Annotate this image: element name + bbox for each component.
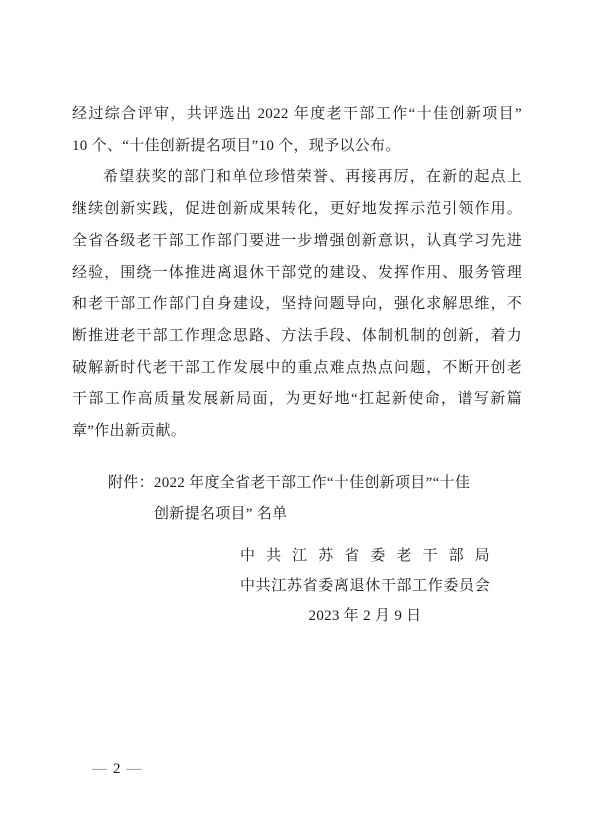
- body-line: 干部工作高质量发展新局面，为更好地“扛起新使命，谱写新篇: [72, 384, 522, 416]
- body-line: 经验，围绕一体推进离退休干部党的建设、发挥作用、服务管理: [72, 258, 522, 290]
- body-line: 断推进老干部工作理念思路、方法手段、体制机制的创新，着力: [72, 321, 522, 353]
- paragraph-2: 希望获奖的部门和单位珍惜荣誉、再接再厉，在新的起点上 继续创新实践，促进创新成果…: [72, 162, 522, 447]
- signature-block: 中共江苏省委老干部局 中共江苏省委离退休干部工作委员会 2023 年 2 月 9…: [240, 541, 490, 631]
- page-number-value: 2: [113, 761, 121, 777]
- attachment-line-1: 附件：2022 年度全省老干部工作“十佳创新项目”“十佳: [108, 468, 522, 499]
- body-line: 和老干部工作部门自身建设，坚持问题导向，强化求解思维，不: [72, 289, 522, 321]
- body-line: 继续创新实践，促进创新成果转化，更好地发挥示范引领作用。: [72, 194, 522, 226]
- issue-date: 2023 年 2 月 9 日: [240, 601, 490, 631]
- body-line: 章”作出新贡献。: [72, 416, 522, 448]
- body-line: 全省各级老干部工作部门要进一步增强创新意识，认真学习先进: [72, 226, 522, 258]
- paragraph-1: 经过综合评审，共评选出 2022 年度老干部工作“十佳创新项目” 10 个、“十…: [72, 99, 522, 162]
- page-number-dash-left: —: [86, 761, 113, 777]
- body-line: 经过综合评审，共评选出 2022 年度老干部工作“十佳创新项目”: [72, 99, 522, 131]
- body-line: 10 个、“十佳创新提名项目”10 个，现予以公布。: [72, 131, 522, 163]
- issuing-org-2: 中共江苏省委离退休干部工作委员会: [240, 571, 490, 601]
- page-number-dash-right: —: [121, 761, 148, 777]
- issuing-org-1: 中共江苏省委老干部局: [240, 541, 490, 571]
- body-line: 希望获奖的部门和单位珍惜荣誉、再接再厉，在新的起点上: [72, 162, 522, 194]
- document-body: 经过综合评审，共评选出 2022 年度老干部工作“十佳创新项目” 10 个、“十…: [72, 99, 522, 631]
- page-number: —2—: [86, 759, 148, 779]
- attachment-line-2: 创新提名项目” 名单: [108, 499, 522, 530]
- attachment-block: 附件：2022 年度全省老干部工作“十佳创新项目”“十佳 创新提名项目” 名单: [108, 468, 522, 530]
- document-page: 经过综合评审，共评选出 2022 年度老干部工作“十佳创新项目” 10 个、“十…: [0, 0, 594, 827]
- body-line: 破解新时代老干部工作发展中的重点难点热点问题，不断开创老: [72, 353, 522, 385]
